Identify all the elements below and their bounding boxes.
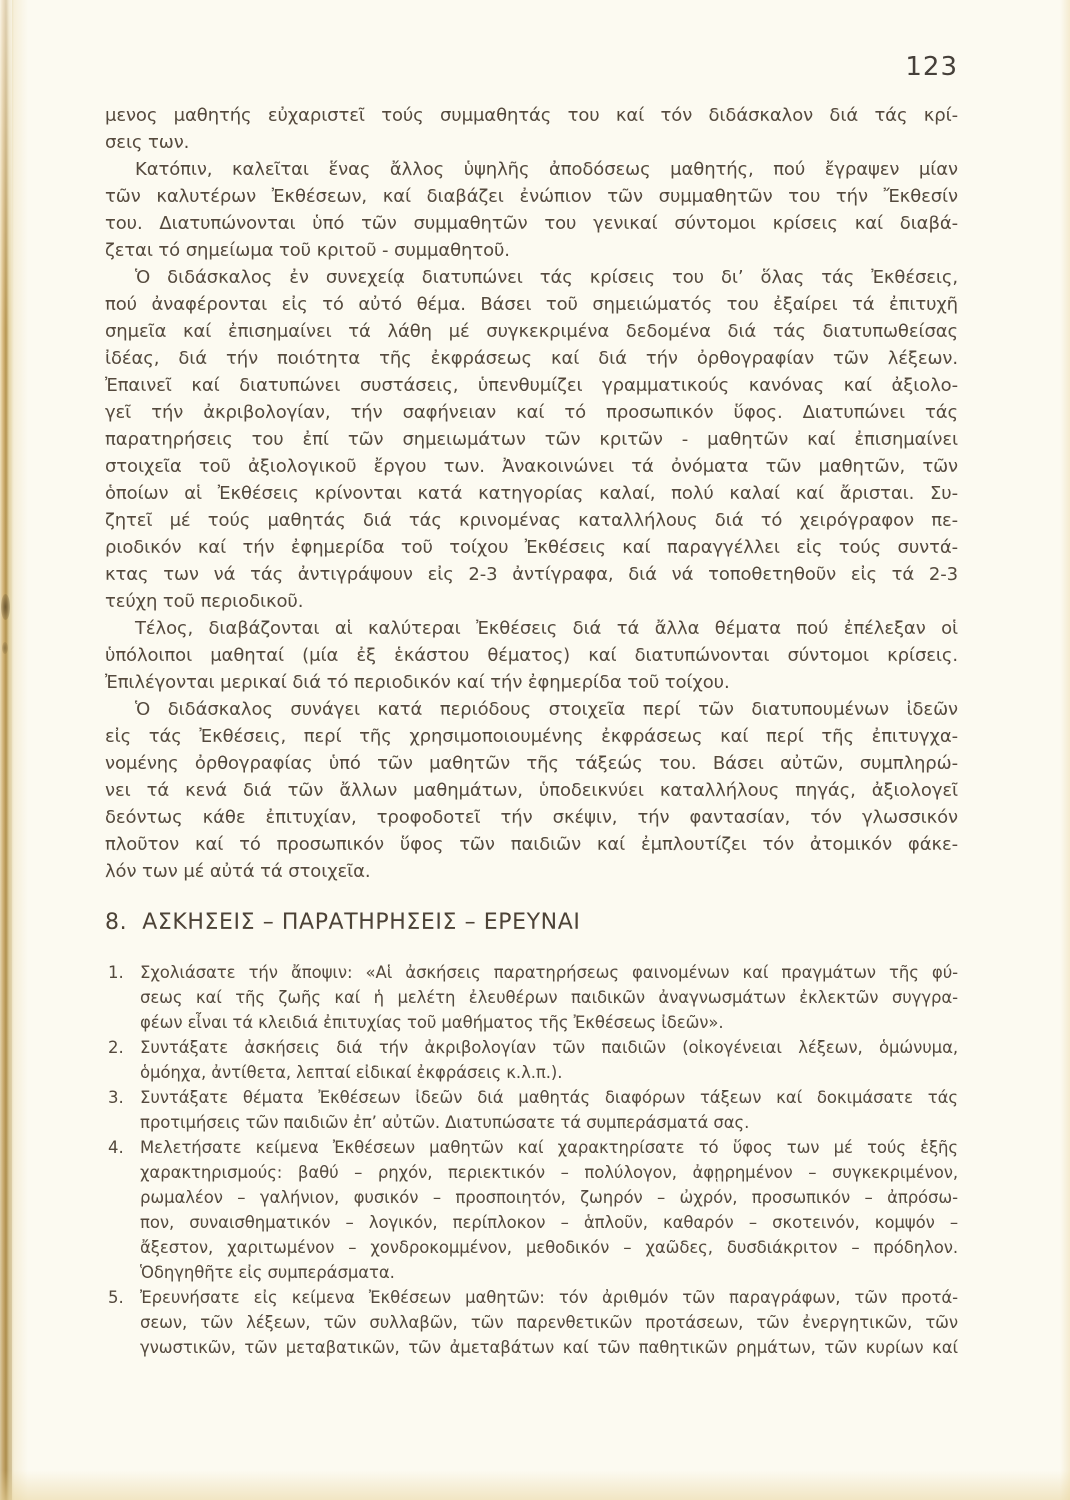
text-line: πον, συναισθηματικόν – λογικόν, περίπλοκ…: [140, 1210, 958, 1235]
text-line: πού ἀναφέρονται εἰς τό αὐτό θέμα. Βάσει …: [105, 291, 958, 318]
text-line: ζητεῖ μέ τούς μαθητάς διά τάς κρινομένας…: [105, 507, 958, 534]
exercise-item: 4.Μελετήσατε κείμενα Ἐκθέσεων μαθητῶν κα…: [105, 1135, 958, 1285]
exercise-item-number: 2.: [105, 1035, 140, 1085]
book-page: 123 μενος μαθητής εὐχαριστεῖ τούς συμμαθ…: [0, 0, 1070, 1500]
body-paragraphs: μενος μαθητής εὐχαριστεῖ τούς συμμαθητάς…: [105, 102, 958, 885]
text-line: Ἐπιλέγονται μερικαί διά τό περιοδικόν κα…: [105, 669, 958, 696]
text-line: ἄξεστον, χαριτωμένον – χονδροκομμένον, μ…: [140, 1235, 958, 1260]
text-line: Ὁδηγηθῆτε εἰς συμπεράσματα.: [140, 1260, 958, 1285]
text-line: ζεται τό σημείωμα τοῦ κριτοῦ - συμμαθητο…: [105, 237, 958, 264]
text-line: ὁμόηχα, ἀντίθετα, λεπταί εἰδικαί ἐκφράσε…: [140, 1060, 958, 1085]
exercise-list: 1.Σχολιάσατε τήν ἄποψιν: «Αἱ ἀσκήσεις πα…: [105, 960, 958, 1360]
text-line: ἰδέας, διά τήν ποιότητα τῆς ἐκφράσεως κα…: [105, 345, 958, 372]
text-line: νει τά κενά διά τῶν ἄλλων μαθημάτων, ὑπο…: [105, 777, 958, 804]
text-line: Τέλος, διαβάζονται αἱ καλύτεραι Ἐκθέσεις…: [105, 615, 958, 642]
text-line: του. Διατυπώνονται ὑπό τῶν συμμαθητῶν το…: [105, 210, 958, 237]
page-edge-right: [1060, 0, 1070, 1500]
text-line: Ὁ διδάσκαλος ἐν συνεχείᾳ διατυπώνει τάς …: [105, 264, 958, 291]
text-line: πλοῦτον καί τό προσωπικόν ὕφος τῶν παιδι…: [105, 831, 958, 858]
binding-smudge: [2, 642, 8, 654]
exercise-item-number: 4.: [105, 1135, 140, 1285]
exercise-item: 3.Συντάξατε θέματα Ἐκθέσεων ἰδεῶν διά μα…: [105, 1085, 958, 1135]
binding-smudge: [1, 594, 10, 620]
text-line: λόν των μέ αὐτά τά στοιχεῖα.: [105, 858, 958, 885]
text-line: Σχολιάσατε τήν ἄποψιν: «Αἱ ἀσκήσεις παρα…: [140, 960, 958, 985]
text-line: Ἐρευνήσατε εἰς κείμενα Ἐκθέσεων μαθητῶν:…: [140, 1285, 958, 1310]
text-line: σεως καί τῆς ζωῆς καί ἡ μελέτη ἐλευθέρων…: [140, 985, 958, 1010]
exercise-item-text: Σχολιάσατε τήν ἄποψιν: «Αἱ ἀσκήσεις παρα…: [140, 960, 958, 1035]
text-line: Συντάξατε ἀσκήσεις διά τήν ἀκριβολογίαν …: [140, 1035, 958, 1060]
exercise-item-text: Ἐρευνήσατε εἰς κείμενα Ἐκθέσεων μαθητῶν:…: [140, 1285, 958, 1360]
text-line: εἰς τάς Ἐκθέσεις, περί τῆς χρησιμοποιουμ…: [105, 723, 958, 750]
body-paragraph: Κατόπιν, καλεῖται ἕνας ἄλλος ὑψηλῆς ἀποδ…: [105, 156, 958, 264]
text-line: Ἐπαινεῖ καί διατυπώνει συστάσεις, ὑπενθυ…: [105, 372, 958, 399]
text-line: δεόντως κάθε ἐπιτυχίαν, τροφοδοτεῖ τήν σ…: [105, 804, 958, 831]
body-paragraph: Ὁ διδάσκαλος ἐν συνεχείᾳ διατυπώνει τάς …: [105, 264, 958, 615]
text-line: γνωστικῶν, τῶν μεταβατικῶν, τῶν ἀμεταβάτ…: [140, 1335, 958, 1360]
page-edge-bottom: [0, 1470, 1070, 1500]
text-line: νομένης ὀρθογραφίας ὑπό τῶν μαθητῶν τῆς …: [105, 750, 958, 777]
page-edge-left-shade: [0, 0, 12, 1500]
exercise-item-text: Συντάξατε θέματα Ἐκθέσεων ἰδεῶν διά μαθη…: [140, 1085, 958, 1135]
text-line: Ὁ διδάσκαλος συνάγει κατά περιόδους στοι…: [105, 696, 958, 723]
exercise-item-number: 3.: [105, 1085, 140, 1135]
text-line: προτιμήσεις τῶν παιδιῶν ἐπ’ αὐτῶν. Διατυ…: [140, 1110, 958, 1135]
text-line: σεις των.: [105, 129, 958, 156]
page-content: μενος μαθητής εὐχαριστεῖ τούς συμμαθητάς…: [105, 102, 958, 1360]
exercise-item: 1.Σχολιάσατε τήν ἄποψιν: «Αἱ ἀσκήσεις πα…: [105, 960, 958, 1035]
text-line: γεῖ τήν ἀκριβολογίαν, τήν σαφήνειαν καί …: [105, 399, 958, 426]
body-paragraph: Ὁ διδάσκαλος συνάγει κατά περιόδους στοι…: [105, 696, 958, 885]
exercise-item-number: 5.: [105, 1285, 140, 1360]
text-line: τῶν καλυτέρων Ἐκθέσεων, καί διαβάζει ἐνώ…: [105, 183, 958, 210]
section-heading: 8.ΑΣΚΗΣΕΙΣ – ΠΑΡΑΤΗΡΗΣΕΙΣ – ΕΡΕΥΝΑΙ: [105, 908, 958, 938]
text-line: φέων εἶναι τά κλειδιά ἐπιτυχίας τοῦ μαθή…: [140, 1010, 958, 1035]
text-line: ριοδικόν καί τήν ἐφημερίδα τοῦ τοίχου Ἐκ…: [105, 534, 958, 561]
text-line: σημεῖα καί ἐπισημαίνει τά λάθη μέ συγκεκ…: [105, 318, 958, 345]
text-line: σεων, τῶν λέξεων, τῶν συλλαβῶν, τῶν παρε…: [140, 1310, 958, 1335]
text-line: Κατόπιν, καλεῖται ἕνας ἄλλος ὑψηλῆς ἀποδ…: [105, 156, 958, 183]
body-paragraph: μενος μαθητής εὐχαριστεῖ τούς συμμαθητάς…: [105, 102, 958, 156]
text-line: στοιχεῖα τοῦ ἀξιολογικοῦ ἔργου των. Ἀνακ…: [105, 453, 958, 480]
section-heading-number: 8.: [105, 910, 127, 935]
exercise-item-number: 1.: [105, 960, 140, 1035]
page-number: 123: [900, 52, 958, 82]
exercise-item-text: Συντάξατε ἀσκήσεις διά τήν ἀκριβολογίαν …: [140, 1035, 958, 1085]
text-line: ὁποίων αἱ Ἐκθέσεις κρίνονται κατά κατηγο…: [105, 480, 958, 507]
text-line: μενος μαθητής εὐχαριστεῖ τούς συμμαθητάς…: [105, 102, 958, 129]
text-line: ὑπόλοιποι μαθηταί (μία ἐξ ἑκάστου θέματο…: [105, 642, 958, 669]
text-line: Μελετήσατε κείμενα Ἐκθέσεων μαθητῶν καί …: [140, 1135, 958, 1160]
body-paragraph: Τέλος, διαβάζονται αἱ καλύτεραι Ἐκθέσεις…: [105, 615, 958, 696]
text-line: Συντάξατε θέματα Ἐκθέσεων ἰδεῶν διά μαθη…: [140, 1085, 958, 1110]
text-line: ρωμαλέον – γαλήνιον, φυσικόν – προσποιητ…: [140, 1185, 958, 1210]
section-heading-title: ΑΣΚΗΣΕΙΣ – ΠΑΡΑΤΗΡΗΣΕΙΣ – ΕΡΕΥΝΑΙ: [142, 910, 580, 935]
text-line: κτας των νά τάς ἀντιγράψουν εἰς 2-3 ἀντί…: [105, 561, 958, 588]
exercise-item: 2.Συντάξατε ἀσκήσεις διά τήν ἀκριβολογία…: [105, 1035, 958, 1085]
exercise-item: 5.Ἐρευνήσατε εἰς κείμενα Ἐκθέσεων μαθητῶ…: [105, 1285, 958, 1360]
text-line: χαρακτηρισμούς: βαθύ – ρηχόν, περιεκτικό…: [140, 1160, 958, 1185]
exercise-item-text: Μελετήσατε κείμενα Ἐκθέσεων μαθητῶν καί …: [140, 1135, 958, 1285]
text-line: τεύχη τοῦ περιοδικοῦ.: [105, 588, 958, 615]
text-line: παρατηρήσεις του ἐπί τῶν σημειωμάτων τῶν…: [105, 426, 958, 453]
